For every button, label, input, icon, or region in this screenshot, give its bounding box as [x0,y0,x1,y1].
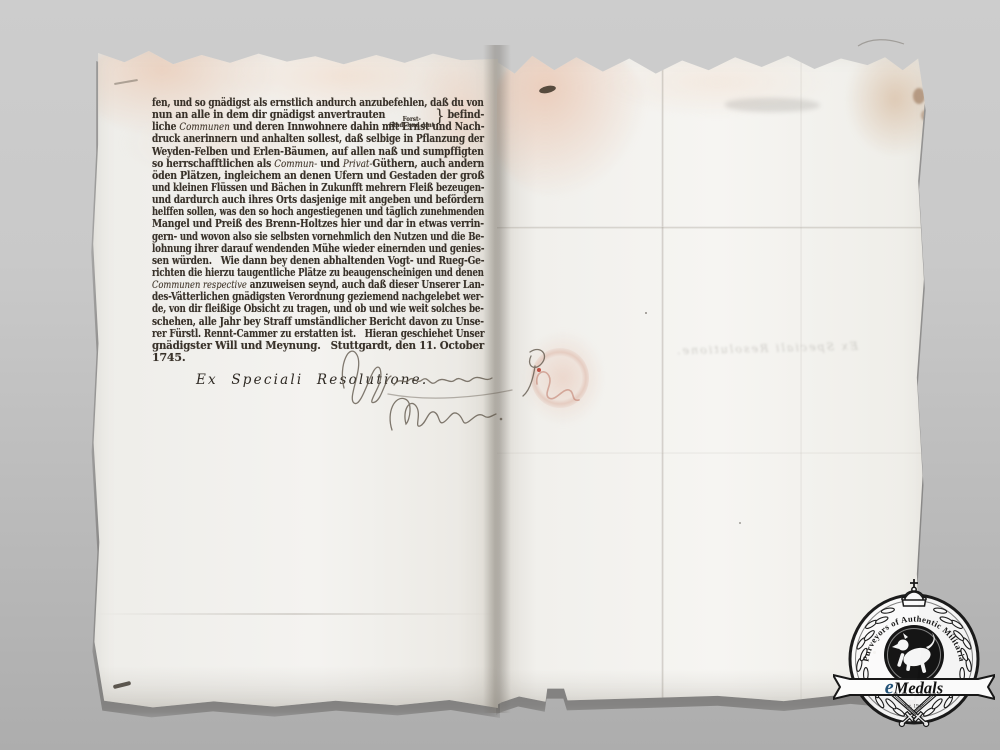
est-text: Est. 1945 [904,704,924,710]
handwritten-signature-1 [394,377,492,385]
handwritten-signature-2 [390,398,496,430]
handwritten-signature-1 [388,390,512,398]
emedals-watermark: Purveyors of Authentic Militaria eMedals… [833,575,995,745]
pen-mark [856,34,908,50]
crown-icon [902,579,926,606]
banner-ribbon: eMedals [833,675,995,699]
handwritten-signatures [330,336,585,436]
handwritten-signature-1 [342,351,391,403]
document-photo: { "scene": { "background_top": "#cdcdcd"… [0,0,1000,750]
brand-text: eMedals [885,677,943,699]
handwritten-signature-1 [523,350,544,397]
